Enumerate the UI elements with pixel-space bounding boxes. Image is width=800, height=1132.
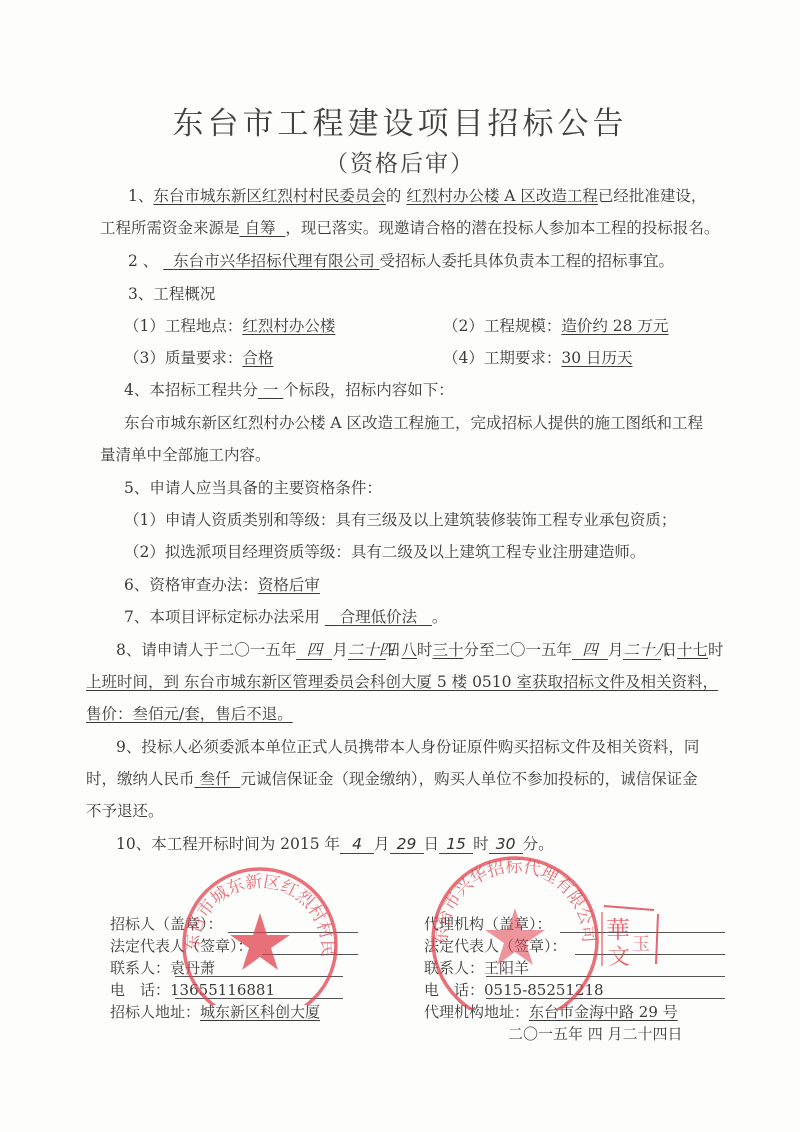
project-name: 红烈村办公楼 A 区改造工程 — [406, 187, 598, 205]
text: 8、请申请人于二〇一五年 — [116, 641, 296, 659]
value: 王阳羊 — [484, 959, 529, 977]
paragraph-1-line-1: 1、东台市城东新区红烈村村民委员会的 红烈村办公楼 A 区改造工程已经批准建设， — [128, 186, 706, 206]
text: 4、本招标工程共分 — [124, 381, 258, 399]
qualification-item-1: （1）申请人资质类别和等级：具有三级及以上建筑装修装饰工程专业承包资质； — [124, 510, 676, 530]
label: 联系人： — [424, 959, 484, 977]
text: ，现已落实。现邀请合格的潜在投标人参加本工程的投标报名。 — [285, 219, 719, 237]
paragraph-9-line-3: 不予退还。 — [86, 801, 164, 821]
paragraph-8-line-1: 8、请申请人于二〇一五年四月二十四日八时三十分至二〇一五年四月二十八日十七时 — [116, 640, 724, 660]
lot-count-value: 一 — [263, 381, 279, 399]
paragraph-1-line-2: 工程所需资金来源是 自筹 ，现已落实。现邀请合格的潜在投标人参加本工程的投标报名… — [100, 218, 719, 238]
agent-phone-line — [486, 998, 725, 999]
value: 红烈村办公楼 — [242, 317, 335, 335]
lot-count: 一 — [258, 381, 283, 399]
text: 10、本工程开标时间为 2015 年 — [116, 835, 340, 853]
label: （1）工程地点： — [124, 317, 242, 335]
agent-name-value: 东台市兴华招标代理有限公司 — [173, 252, 375, 270]
project-scale: （2）工程规模：造价约 28 万元 — [443, 316, 668, 336]
tenderer-seal-line — [228, 932, 358, 933]
start-minute: 三十 — [432, 641, 463, 659]
text: 时 — [708, 641, 724, 659]
document-subtitle: （资格后审） — [0, 145, 800, 178]
value: 袁丹萧 — [170, 959, 215, 977]
text: 。 — [432, 608, 448, 626]
deposit-amount: 叁仟 — [195, 770, 241, 788]
review-method: 6、资格审查办法：资格后审 — [124, 575, 320, 595]
agent-seal-line — [560, 932, 725, 933]
svg-text:玉: 玉 — [632, 934, 650, 955]
text: 日 — [424, 835, 440, 853]
start-month: 四 — [296, 641, 332, 660]
paragraph-2: 2 、 东台市兴华招标代理有限公司 受招标人委托具体负责本工程的招标事宜。 — [128, 251, 674, 271]
text: 时 — [473, 835, 489, 853]
paragraph-9-line-2: 时，缴纳人民币 叁仟 元诚信保证金（现金缴纳），购买人单位不参加投标的，诚信保证… — [86, 769, 698, 789]
svg-text:文: 文 — [608, 945, 630, 970]
quality-requirement: （3）质量要求：合格 — [124, 348, 273, 368]
tenderer-address: 招标人地址：城东新区科创大厦 — [110, 1002, 320, 1022]
tenderer-rep-line — [262, 954, 358, 955]
text: 的 — [386, 187, 402, 205]
value: 造价约 28 万元 — [561, 317, 668, 335]
value: 13655116881 — [170, 981, 275, 999]
text: 月 — [374, 835, 390, 853]
agent-seal-label: 代理机构（盖章）： — [424, 914, 552, 934]
fund-source-value: 自筹 — [244, 219, 275, 237]
opening-minute: 30 — [489, 835, 523, 854]
tenderer-phone-line — [175, 998, 343, 999]
project-location: （1）工程地点：红烈村办公楼 — [124, 316, 335, 336]
label: 代理机构地址： — [424, 1003, 529, 1021]
agent-rep-line — [575, 954, 725, 955]
scope-line-1: 东台市城东新区红烈村办公楼 A 区改造工程施工，完成招标人提供的施工图纸和工程 — [124, 413, 703, 433]
paragraph-9-line-1: 9、投标人必须委派本单位正式人员携带本人身份证原件购买招标文件及相关资料，同 — [116, 737, 699, 757]
agent-rep-label: 法定代表人（签章）： — [424, 936, 567, 956]
paragraph-4: 4、本招标工程共分 一 个标段，招标内容如下： — [124, 380, 454, 400]
text: 日 — [386, 641, 402, 659]
text: 受招标人委托具体负责本工程的招标事宜。 — [380, 252, 675, 270]
evaluation-method-value: 合理低价法 — [340, 608, 418, 626]
document-pickup-location: 上班时间，到 东台市城东新区管理委员会科创大厦 5 楼 0510 室获取招标文件… — [86, 672, 718, 692]
text: 日 — [661, 641, 677, 659]
opening-month: 4 — [340, 835, 374, 854]
value: 资格后审 — [258, 576, 320, 594]
agent-address: 代理机构地址：东台市金海中路 29 号 — [424, 1002, 678, 1022]
text: 已经批准建设， — [598, 187, 707, 205]
agent-name: 东台市兴华招标代理有限公司 — [163, 252, 379, 270]
text: 月 — [608, 641, 624, 659]
tenderer-contact-line — [175, 976, 343, 977]
evaluation-method: 7、本项目评标定标办法采用 合理低价法 。 — [124, 607, 447, 627]
tenderer-name: 东台市城东新区红烈村村民委员会 — [153, 187, 386, 205]
label: 联系人： — [110, 959, 170, 977]
tenderer-phone: 电 话：13655116881 — [110, 980, 275, 1000]
end-day: 二十八 — [623, 641, 661, 660]
agent-contact: 联系人：王阳羊 — [424, 958, 529, 978]
section-3-heading: 3、工程概况 — [128, 284, 215, 304]
value: 合理低价法 — [325, 608, 432, 626]
value: 0515-85251218 — [484, 981, 604, 999]
value: 合格 — [242, 349, 273, 367]
text: 个标段，招标内容如下： — [283, 381, 454, 399]
label: 7、本项目评标定标办法采用 — [124, 608, 320, 626]
text: 元诚信保证金（现金缴纳），购买人单位不参加投标的，诚信保证金 — [240, 770, 697, 788]
label: 电 话： — [110, 981, 170, 999]
label: 电 话： — [424, 981, 484, 999]
label: （4）工期要求： — [443, 349, 561, 367]
opening-hour: 15 — [439, 835, 473, 854]
label: （3）质量要求： — [124, 349, 242, 367]
scope-line-2: 量清单中全部施工内容。 — [100, 445, 271, 465]
value: 东台市金海中路 29 号 — [529, 1003, 678, 1021]
agent-contact-line — [486, 976, 725, 977]
label: （2）工程规模： — [443, 317, 561, 335]
duration-requirement: （4）工期要求：30 日历天 — [443, 348, 633, 368]
bid-opening-time: 10、本工程开标时间为 2015 年4月29日15时30分。 — [116, 834, 554, 854]
announcement-date: 二〇一五年 四 月二十四日 — [508, 1024, 683, 1044]
text: 分。 — [523, 835, 554, 853]
agent-phone: 电 话：0515-85251218 — [424, 980, 604, 1000]
label: 6、资格审查办法： — [124, 576, 258, 594]
tenderer-seal-label: 招标人（盖章）： — [110, 914, 223, 934]
text: 月 — [332, 641, 348, 659]
end-month: 四 — [572, 641, 608, 660]
start-hour: 八 — [401, 641, 417, 659]
section-5-heading: 5、申请人应当具备的主要资格条件： — [124, 478, 382, 498]
item-number: 2 、 — [128, 252, 158, 270]
svg-text:華: 華 — [606, 916, 630, 944]
start-day: 二十四 — [348, 641, 386, 660]
text: 时，缴纳人民币 — [86, 770, 195, 788]
label: 招标人地址： — [110, 1003, 200, 1021]
text: 工程所需资金来源是 — [100, 219, 240, 237]
qualification-item-2: （2）拟选派项目经理资质等级：具有二级及以上建筑工程专业注册建造师。 — [124, 542, 645, 562]
announcement-page: 东台市工程建设项目招标公告 （资格后审） 1、东台市城东新区红烈村村民委员会的 … — [0, 0, 800, 1132]
end-hour: 十七 — [677, 641, 708, 659]
personal-seal-stamp-icon: 華 文 玉 — [596, 900, 676, 970]
value: 城东新区科创大厦 — [200, 1003, 320, 1021]
text: 分至二〇一五年 — [463, 641, 572, 659]
item-number: 1、 — [128, 187, 153, 205]
tenderer-contact: 联系人：袁丹萧 — [110, 958, 215, 978]
document-title: 东台市工程建设项目招标公告 — [0, 98, 800, 143]
opening-day: 29 — [390, 835, 424, 854]
document-price: 售价：叁佰元/套，售后不退。 — [86, 704, 293, 724]
text: 时 — [417, 641, 433, 659]
fund-source: 自筹 — [240, 219, 286, 237]
deposit-amount-value: 叁仟 — [199, 770, 230, 788]
value: 30 日历天 — [561, 349, 632, 367]
tenderer-rep-label: 法定代表人（签章）： — [110, 936, 253, 956]
